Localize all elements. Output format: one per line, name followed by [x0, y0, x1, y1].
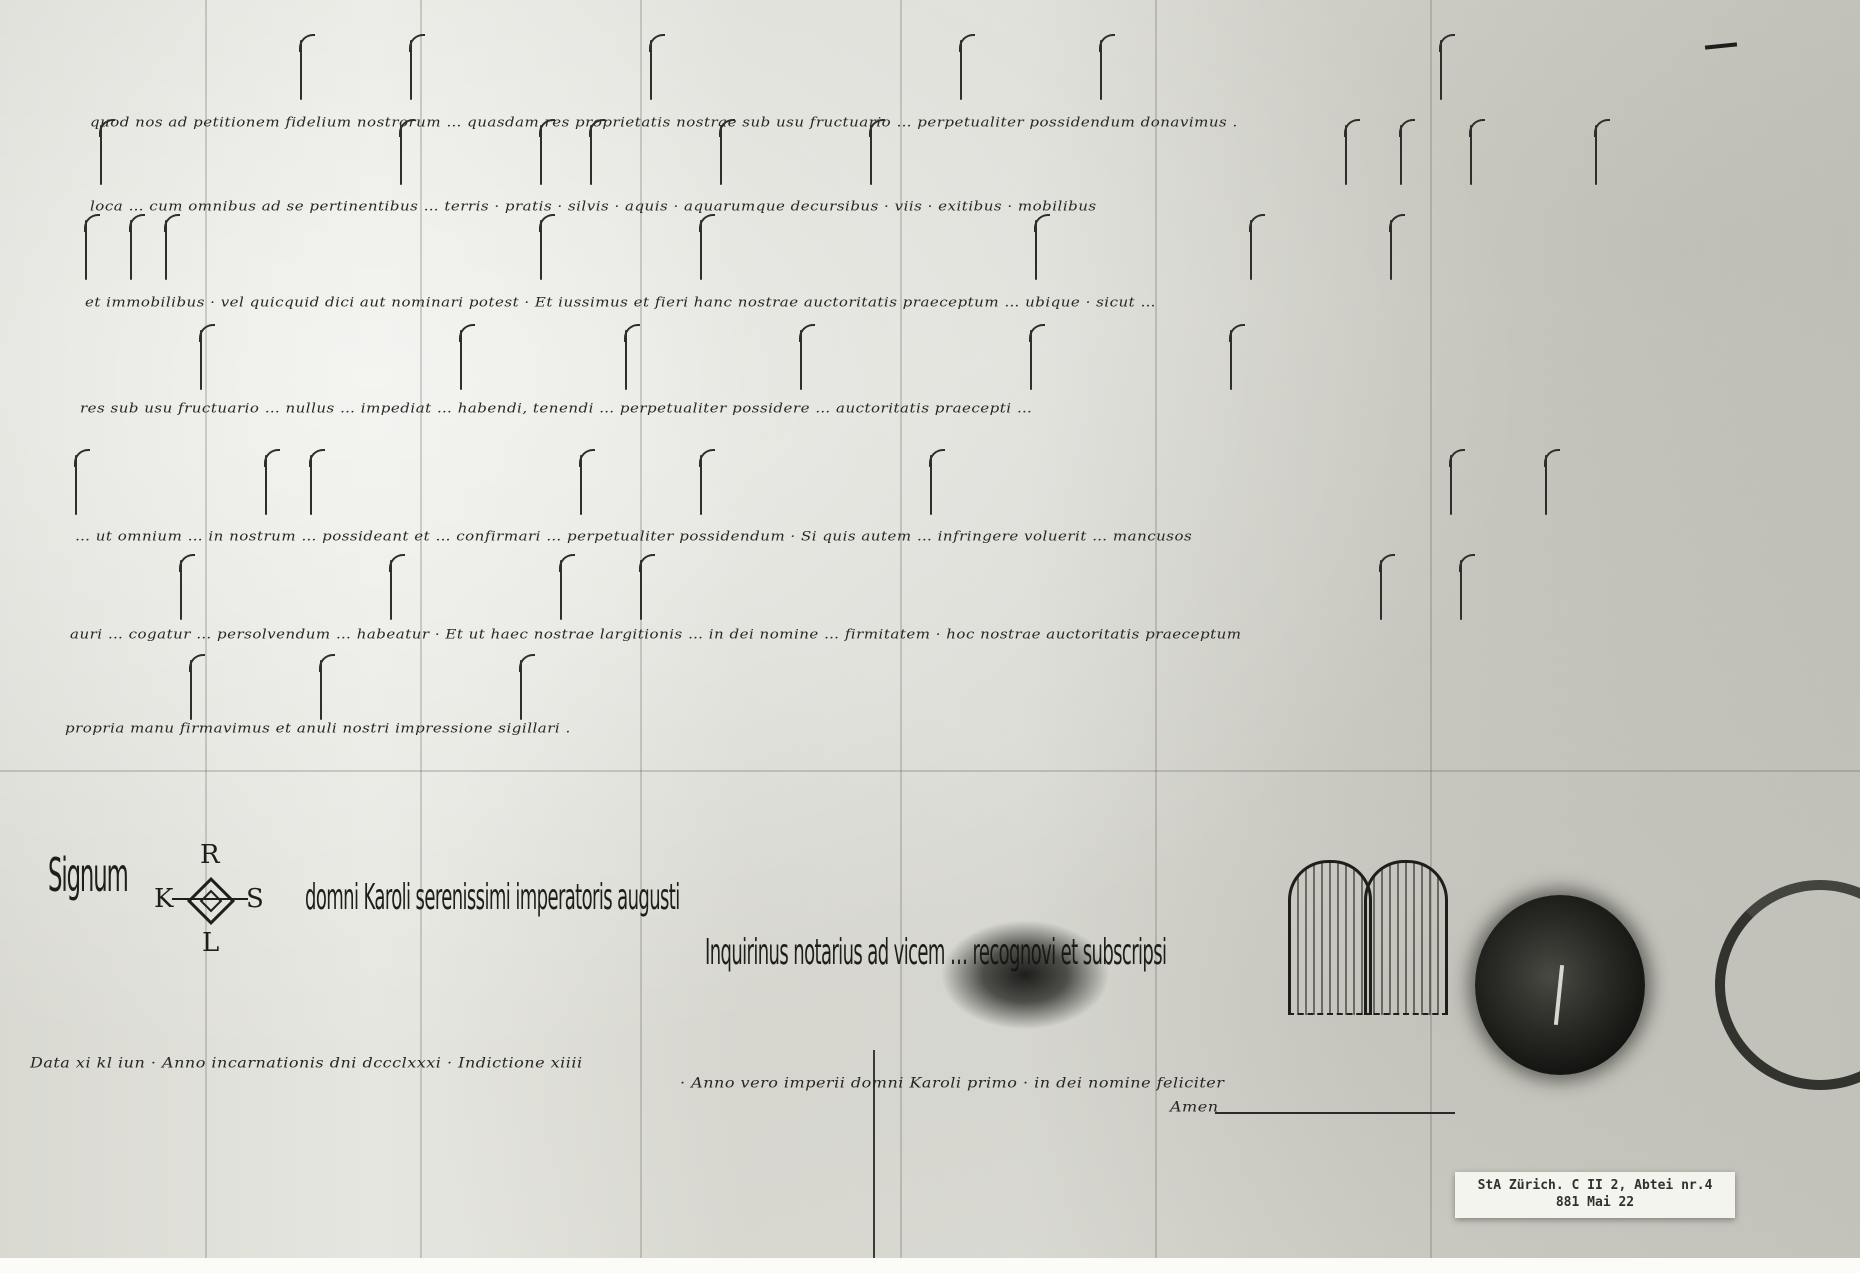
archival-label-line2: 881 Mai 22 — [1455, 1194, 1735, 1211]
body-line-7: propria manu firmavimus et anuli nostri … — [65, 721, 571, 736]
fold-line — [1430, 0, 1432, 1258]
charter-parchment: quod nos ad petitionem fidelium nostroru… — [0, 0, 1860, 1258]
recognition-arch-right — [1364, 860, 1448, 1015]
archival-label-line1: StA Zürich. C II 2, Abtei nr.4 — [1455, 1177, 1735, 1194]
body-line-4: res sub usu fructuario … nullus … impedi… — [80, 401, 1032, 416]
seal-imprint-trace — [1715, 880, 1860, 1090]
monogram-letter-top: R — [200, 840, 220, 870]
monogram-letter-bottom: L — [202, 928, 219, 958]
archival-label: StA Zürich. C II 2, Abtei nr.4 881 Mai 2… — [1455, 1172, 1735, 1218]
body-line-2: loca … cum omnibus ad se pertinentibus …… — [90, 199, 1097, 214]
body-line-1: quod nos ad petitionem fidelium nostroru… — [90, 115, 1610, 130]
dating-clause-part1: Data xi kl iun · Anno incarnationis dni … — [30, 1055, 583, 1071]
royal-monogram: R K S L — [150, 840, 270, 960]
amen-line — [1215, 1112, 1455, 1114]
ascender-strokes — [0, 660, 1860, 750]
recognition-sign — [1280, 860, 1470, 1020]
wax-seal — [1475, 895, 1645, 1075]
top-mark — [1705, 42, 1737, 49]
body-line-6: auri … cogatur … persolvendum … habeatur… — [70, 627, 1241, 642]
ink-stain — [940, 920, 1110, 1030]
recognition-arch-left — [1288, 860, 1372, 1015]
dating-clause-part2: · Anno vero imperii domni Karoli primo ·… — [680, 1075, 1224, 1091]
fold-line — [0, 770, 1860, 772]
amen-word: Amen — [1170, 1099, 1219, 1115]
subscription-elongated-script: domni Karoli serenissimi imperatoris aug… — [305, 877, 680, 919]
body-line-5: … ut omnium … in nostrum … possideant et… — [75, 529, 1192, 544]
monogram-letter-left: K — [154, 884, 173, 914]
photo-border — [0, 1258, 1860, 1273]
signum-word: Signum — [48, 848, 128, 902]
seal-slit — [1554, 965, 1564, 1025]
body-line-3: et immobilibus · vel quicquid dici aut n… — [85, 295, 1156, 310]
monogram-letter-right: S — [246, 884, 264, 914]
